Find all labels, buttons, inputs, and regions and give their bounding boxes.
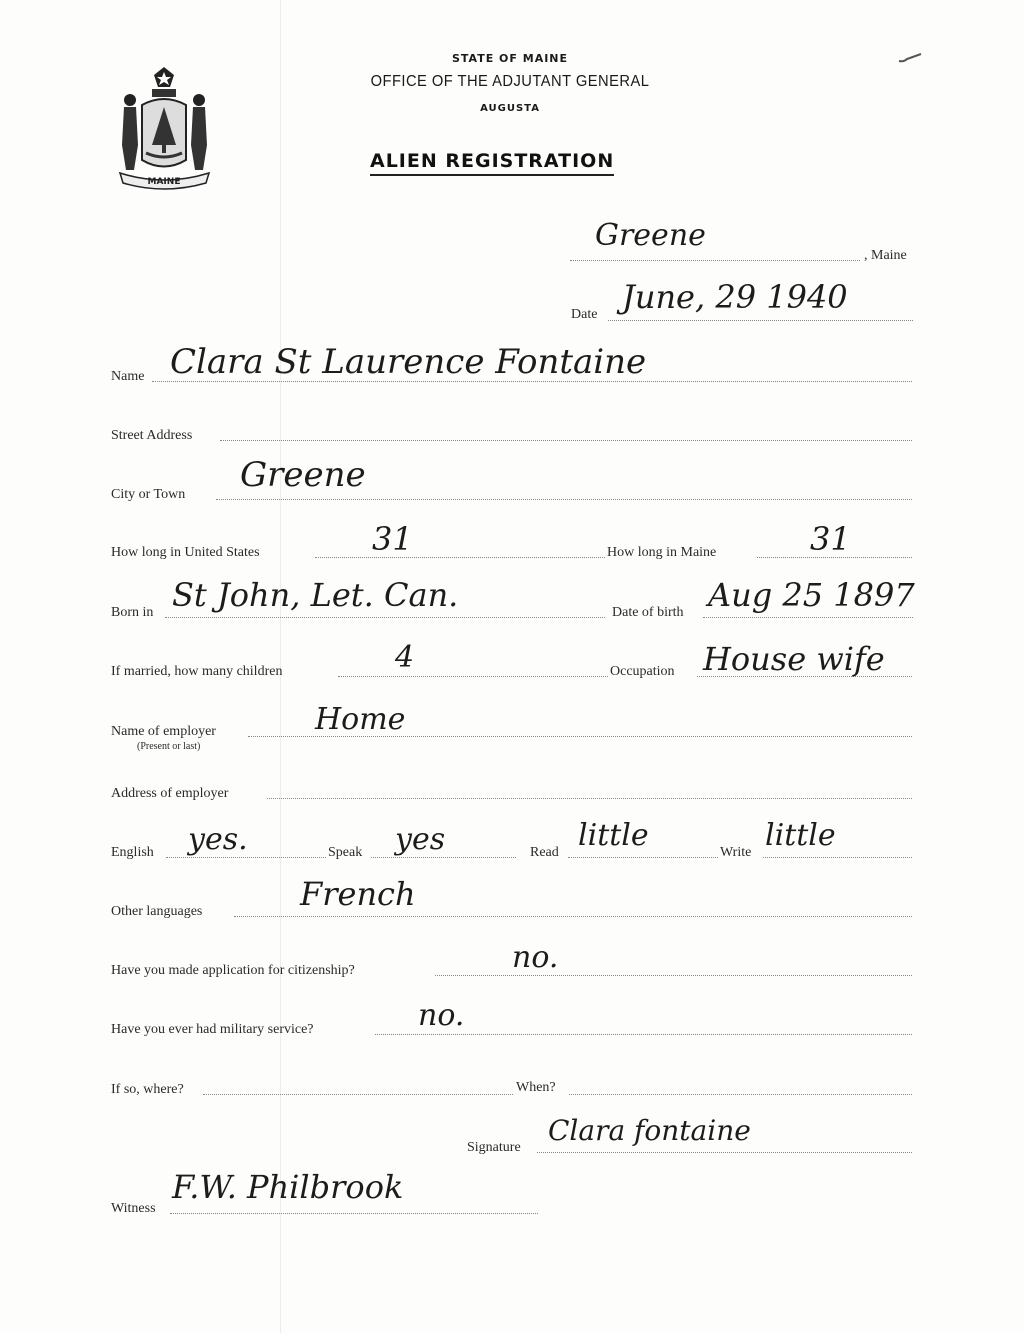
city-label: City or Town <box>111 487 185 503</box>
signature-value: Clara fontaine <box>548 1114 751 1147</box>
where-label: If so, where? <box>111 1082 184 1098</box>
date-label: Date <box>571 307 597 323</box>
write-label: Write <box>720 845 751 861</box>
military-value: no. <box>418 998 464 1033</box>
signature-label: Signature <box>467 1140 521 1156</box>
military-field[interactable] <box>375 1034 912 1035</box>
street-field[interactable] <box>220 440 912 441</box>
name-value: Clara St Laurence Fontaine <box>170 342 646 382</box>
write-value: little <box>765 818 836 853</box>
street-label: Street Address <box>111 428 192 444</box>
where-field[interactable] <box>203 1094 513 1095</box>
city-value: Greene <box>240 455 366 495</box>
born-in-field[interactable] <box>165 617 605 618</box>
employer-address-label: Address of employer <box>111 786 228 802</box>
dob-value: Aug 25 1897 <box>708 576 915 614</box>
state-heading: STATE OF MAINE <box>300 52 720 65</box>
english-label: English <box>111 845 154 861</box>
children-field[interactable] <box>338 676 608 677</box>
military-label: Have you ever had military service? <box>111 1022 314 1038</box>
svg-text:MAINE: MAINE <box>148 177 181 187</box>
born-in-value: St John, Let. Can. <box>172 576 458 614</box>
place-field[interactable] <box>570 260 860 261</box>
us-years-field[interactable] <box>315 557 605 558</box>
other-languages-value: French <box>300 875 416 913</box>
occupation-value: House wife <box>703 640 885 678</box>
us-years-label: How long in United States <box>111 545 260 561</box>
us-years-value: 31 <box>372 520 413 558</box>
citizenship-label: Have you made application for citizenshi… <box>111 963 355 979</box>
place-value: Greene <box>595 218 706 253</box>
speak-label: Speak <box>328 845 362 861</box>
name-label: Name <box>111 369 144 385</box>
speak-field[interactable] <box>371 857 516 858</box>
employer-label: Name of employer <box>111 724 216 740</box>
witness-field[interactable] <box>170 1213 538 1214</box>
other-languages-label: Other languages <box>111 904 202 920</box>
dob-field[interactable] <box>703 617 913 618</box>
read-field[interactable] <box>568 857 718 858</box>
employer-address-field[interactable] <box>267 798 912 799</box>
maine-state-seal-icon: MAINE <box>112 65 217 190</box>
citizenship-field[interactable] <box>435 975 912 976</box>
read-value: little <box>578 818 649 853</box>
form-title: ALIEN REGISTRATION <box>370 150 614 176</box>
occupation-label: Occupation <box>610 664 675 680</box>
date-value: June, 29 1940 <box>622 278 848 316</box>
children-label: If married, how many children <box>111 664 282 680</box>
employer-sublabel: (Present or last) <box>137 741 200 752</box>
read-label: Read <box>530 845 559 861</box>
signature-field[interactable] <box>537 1152 912 1153</box>
citizenship-value: no. <box>512 940 558 975</box>
english-field[interactable] <box>166 857 326 858</box>
born-in-label: Born in <box>111 605 153 621</box>
when-field[interactable] <box>569 1094 912 1095</box>
dob-label: Date of birth <box>612 605 684 621</box>
witness-value: F.W. Philbrook <box>172 1168 403 1206</box>
write-field[interactable] <box>763 857 912 858</box>
speak-value: yes <box>395 822 445 857</box>
employer-value: Home <box>315 702 405 737</box>
city-heading: AUGUSTA <box>300 103 720 114</box>
children-value: 4 <box>395 640 414 675</box>
checkmark-icon <box>898 53 922 63</box>
city-field[interactable] <box>216 499 912 500</box>
maine-years-value: 31 <box>810 520 851 558</box>
english-value: yes. <box>188 822 248 857</box>
date-field[interactable] <box>608 320 913 321</box>
other-languages-field[interactable] <box>234 916 912 917</box>
place-suffix: , Maine <box>864 248 907 264</box>
maine-years-label: How long in Maine <box>607 545 716 561</box>
office-heading: OFFICE OF THE ADJUTANT GENERAL <box>317 73 703 91</box>
when-label: When? <box>516 1080 556 1096</box>
witness-label: Witness <box>111 1201 156 1217</box>
